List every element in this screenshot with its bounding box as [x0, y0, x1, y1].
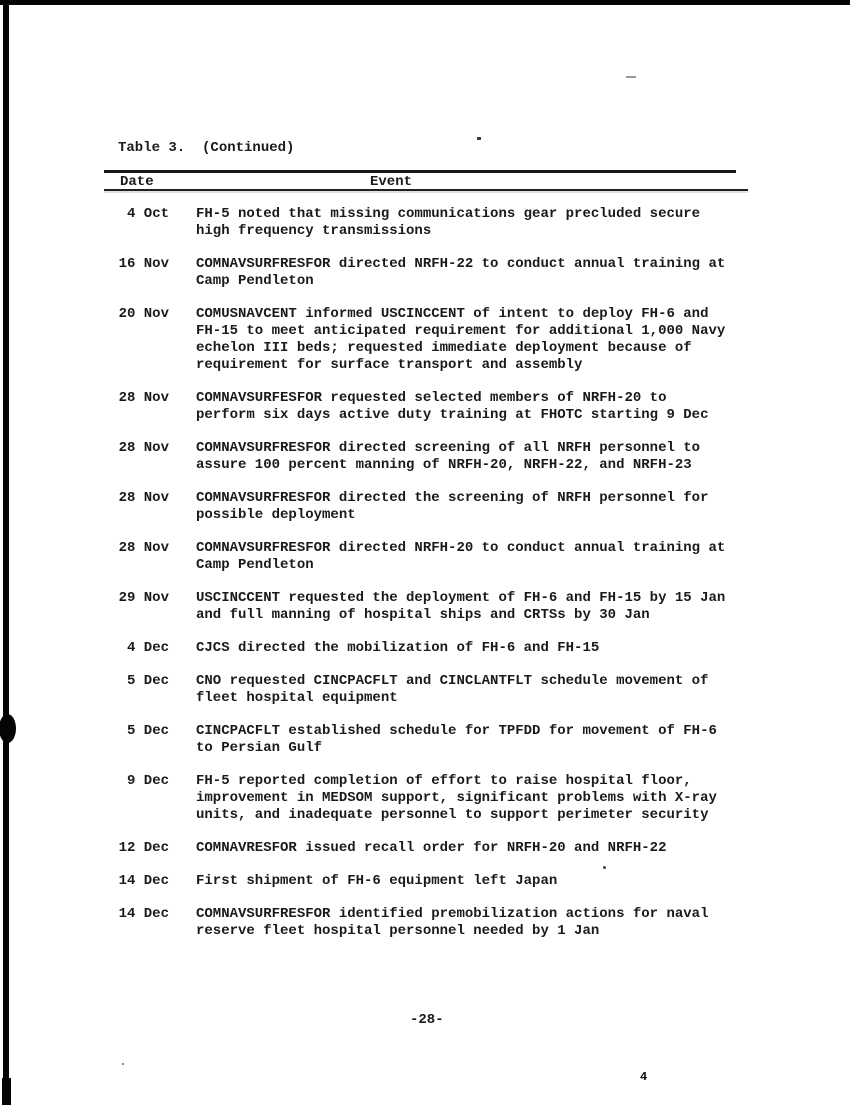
event-cell: COMNAVSURFRESFOR directed NRFH-22 to con… — [196, 256, 725, 290]
table-row: 5 Dec CINCPACFLT established schedule fo… — [118, 723, 743, 757]
page-number: -28- — [410, 1012, 444, 1028]
table-row: 28 Nov COMNAVSURFESFOR requested selecte… — [118, 390, 743, 424]
table-row: 20 Nov COMUSNAVCENT informed USCINCCENT … — [118, 306, 743, 374]
event-cell: COMNAVSURFRESFOR identified premobilizat… — [196, 906, 708, 940]
scan-speck — [477, 137, 481, 140]
date-cell: 28 Nov — [118, 490, 169, 507]
date-cell: 4 Dec — [118, 640, 169, 657]
table-row: 28 Nov COMNAVSURFRESFOR directed screeni… — [118, 440, 743, 474]
event-cell: CINCPACFLT established schedule for TPFD… — [196, 723, 717, 757]
date-cell: 16 Nov — [118, 256, 169, 273]
event-cell: FH-5 reported completion of effort to ra… — [196, 773, 717, 824]
date-cell: 28 Nov — [118, 440, 169, 457]
event-cell: COMNAVSURFRESFOR directed the screening … — [196, 490, 708, 524]
scan-border-left-bottom — [2, 1078, 11, 1105]
event-cell: First shipment of FH-6 equipment left Ja… — [196, 873, 557, 890]
table-row: 16 Nov COMNAVSURFRESFOR directed NRFH-22… — [118, 256, 743, 290]
table-row: 28 Nov COMNAVSURFRESFOR directed the scr… — [118, 490, 743, 524]
table-row: 4 Oct FH-5 noted that missing communicat… — [118, 206, 743, 240]
scanned-document-page: Table 3. (Continued) Date Event 4 Oct FH… — [0, 0, 850, 1105]
table-row: 28 Nov COMNAVSURFRESFOR directed NRFH-20… — [118, 540, 743, 574]
scan-border-top — [0, 0, 850, 5]
column-header-event: Event — [370, 174, 412, 190]
date-cell: 4 Oct — [118, 206, 169, 223]
event-cell: FH-5 noted that missing communications g… — [196, 206, 700, 240]
date-cell: 5 Dec — [118, 673, 169, 690]
event-cell: COMNAVSURFESFOR requested selected membe… — [196, 390, 708, 424]
table-row: 14 Dec First shipment of FH-6 equipment … — [118, 873, 743, 890]
table-row: 14 Dec COMNAVSURFRESFOR identified premo… — [118, 906, 743, 940]
event-cell: USCINCCENT requested the deployment of F… — [196, 590, 725, 624]
table-row: 12 Dec COMNAVRESFOR issued recall order … — [118, 840, 743, 857]
event-cell: COMUSNAVCENT informed USCINCCENT of inte… — [196, 306, 725, 374]
event-cell: COMNAVRESFOR issued recall order for NRF… — [196, 840, 666, 857]
table-row: 9 Dec FH-5 reported completion of effort… — [118, 773, 743, 824]
date-cell: 29 Nov — [118, 590, 169, 607]
table-title: Table 3. (Continued) — [118, 140, 294, 156]
scan-speck — [626, 76, 636, 78]
date-cell: 12 Dec — [118, 840, 169, 857]
date-cell: 9 Dec — [118, 773, 169, 790]
scan-border-left — [3, 0, 9, 1105]
date-cell: 14 Dec — [118, 906, 169, 923]
table-rule-top — [104, 170, 736, 173]
table-row: 5 Dec CNO requested CINCPACFLT and CINCL… — [118, 673, 743, 707]
date-cell: 5 Dec — [118, 723, 169, 740]
event-table-body: 4 Oct FH-5 noted that missing communicat… — [118, 206, 743, 956]
table-rule-bottom — [104, 189, 748, 191]
date-cell: 20 Nov — [118, 306, 169, 323]
table-row: 4 Dec CJCS directed the mobilization of … — [118, 640, 743, 657]
scan-speck — [122, 1063, 124, 1065]
table-row: 29 Nov USCINCCENT requested the deployme… — [118, 590, 743, 624]
scan-stray-glyph: 4 — [640, 1070, 647, 1084]
date-cell: 14 Dec — [118, 873, 169, 890]
date-cell: 28 Nov — [118, 540, 169, 557]
event-cell: COMNAVSURFRESFOR directed NRFH-20 to con… — [196, 540, 725, 574]
scan-ink-blob — [0, 714, 16, 743]
event-cell: CJCS directed the mobilization of FH-6 a… — [196, 640, 599, 657]
event-cell: COMNAVSURFRESFOR directed screening of a… — [196, 440, 700, 474]
scan-speck — [603, 866, 606, 869]
date-cell: 28 Nov — [118, 390, 169, 407]
column-header-date: Date — [120, 174, 154, 190]
event-cell: CNO requested CINCPACFLT and CINCLANTFLT… — [196, 673, 708, 707]
